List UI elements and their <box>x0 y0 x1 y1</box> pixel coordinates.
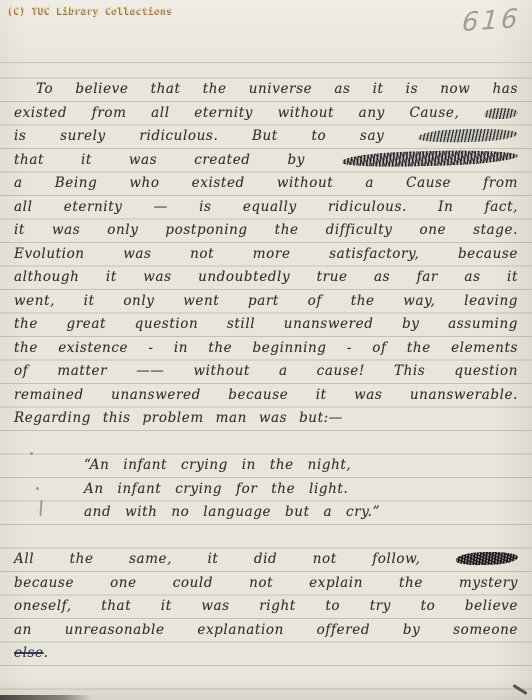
manuscript-line: All the same, it did not follow, <box>14 548 518 572</box>
top-margin-line <box>0 62 532 63</box>
manuscript-line: the existence - in the beginning - of th… <box>14 337 518 361</box>
manuscript-line: although it was undoubtedly true as far … <box>14 266 518 290</box>
line-text: All the same, it did not follow, <box>14 551 421 567</box>
library-watermark: (C) TUC Library Collections <box>8 6 173 17</box>
manuscript-line: of matter —— without a cause! This quest… <box>14 360 518 384</box>
line-text: of matter —— without a cause! This quest… <box>14 363 518 379</box>
blank-line <box>14 431 518 455</box>
line-text: that it was created by <box>14 152 305 168</box>
line-text: an unreasonable explanation offered by s… <box>14 622 518 638</box>
line-text: To believe that the universe as it is no… <box>36 81 518 97</box>
pencil-mark <box>36 487 39 490</box>
line-text: existed from all eternity without any Ca… <box>14 105 459 121</box>
line-text: . <box>44 645 49 661</box>
line-text: a Being who existed without a Cause from <box>14 175 518 191</box>
struck-word: else <box>14 645 44 661</box>
manuscript-line: remained unanswered because it was unans… <box>14 384 518 408</box>
line-text: Evolution was not more satisfactory, bec… <box>14 246 518 262</box>
blank-line <box>14 525 518 549</box>
line-text: oneself, that it was right to try to bel… <box>14 598 518 614</box>
line-text: and with no language but a cry.” <box>84 504 380 520</box>
scribbled-out-word <box>342 148 518 168</box>
scribbled-out-word <box>456 551 518 566</box>
page-number: 616 <box>461 6 521 36</box>
pencil-mark <box>30 452 33 455</box>
manuscript-line: oneself, that it was right to try to bel… <box>14 595 518 619</box>
line-text: An infant crying for the light. <box>84 481 348 497</box>
manuscript-text: To believe that the universe as it is no… <box>14 78 518 666</box>
line-text: went, it only went part of the way, leav… <box>14 293 518 309</box>
quote-line: An infant crying for the light. <box>84 478 518 502</box>
manuscript-line: Regarding this problem man was but:— <box>14 407 518 431</box>
manuscript-line: To believe that the universe as it is no… <box>14 78 518 102</box>
manuscript-line: an unreasonable explanation offered by s… <box>14 619 518 643</box>
quote-line: “An infant crying in the night, <box>84 454 518 478</box>
manuscript-page: (C) TUC Library Collections 616 To belie… <box>0 0 532 700</box>
scribbled-out-word <box>484 107 518 119</box>
manuscript-line: it was only postponing the difficulty on… <box>14 219 518 243</box>
manuscript-line: a Being who existed without a Cause from <box>14 172 518 196</box>
line-text: all eternity — is equally ridiculous. In… <box>14 199 518 215</box>
manuscript-line: is surely ridiculous. But to say <box>14 125 518 149</box>
line-text: because one could not explain the myster… <box>14 575 518 591</box>
manuscript-line: went, it only went part of the way, leav… <box>14 290 518 314</box>
manuscript-line: existed from all eternity without any Ca… <box>14 102 518 126</box>
manuscript-line: because one could not explain the myster… <box>14 572 518 596</box>
scan-edge-shadow <box>0 695 92 700</box>
quote-line: and with no language but a cry.” <box>84 501 518 525</box>
line-text: “An infant crying in the night, <box>84 457 351 473</box>
line-text: although it was undoubtedly true as far … <box>14 269 518 285</box>
manuscript-line: all eternity — is equally ridiculous. In… <box>14 196 518 220</box>
manuscript-line: Evolution was not more satisfactory, bec… <box>14 243 518 267</box>
scribbled-out-word <box>418 128 518 144</box>
line-text: remained unanswered because it was unans… <box>14 387 518 403</box>
manuscript-line: else. <box>14 642 518 666</box>
line-text: it was only postponing the difficulty on… <box>14 222 518 238</box>
line-text: the great question still unanswered by a… <box>14 316 518 332</box>
line-text: the existence - in the beginning - of th… <box>14 340 518 356</box>
line-text: Regarding this problem man was but:— <box>14 410 343 426</box>
line-text: is surely ridiculous. But to say <box>14 128 384 144</box>
manuscript-line: that it was created by <box>14 149 518 173</box>
manuscript-line: the great question still unanswered by a… <box>14 313 518 337</box>
